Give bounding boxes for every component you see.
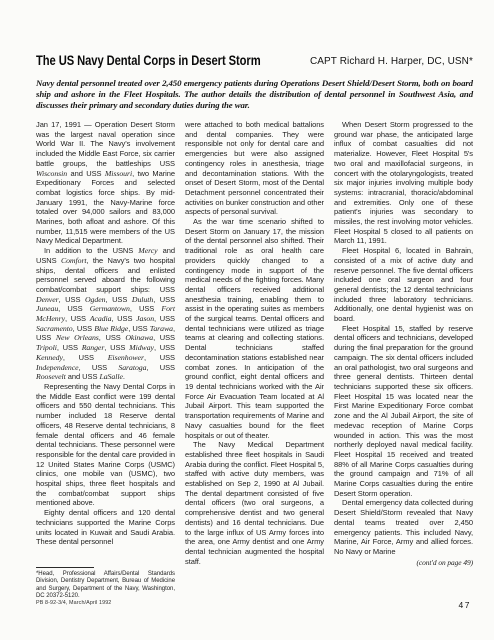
text-run: , USS [59, 295, 85, 304]
text-run: , USS [105, 295, 131, 304]
journal-article-page: The US Navy Dental Corps in Desert Storm… [0, 0, 494, 640]
column-2-paragraphs: were attached to both medical battalions… [185, 120, 324, 566]
text-run: , USS [144, 353, 175, 362]
italic-text-run: Missouri [105, 169, 132, 178]
paragraph: were attached to both medical battalions… [185, 120, 324, 217]
paragraph: In addition to the USNS Mercy and USNS C… [36, 246, 175, 382]
italic-text-run: Blue Ridge [94, 324, 128, 333]
paragraph: Jan 17, 1991 — Operation Desert Storm wa… [36, 120, 175, 246]
text-column-2: were attached to both medical battalions… [185, 120, 324, 601]
italic-text-run: Independence [36, 363, 79, 372]
paragraph: The Navy Medical Department established … [185, 440, 324, 566]
text-run: Fleet Hospital 15, staffed by reserve de… [334, 324, 473, 498]
italic-text-run: Acadia [90, 314, 112, 323]
column-3-paragraphs: When Desert Storm progressed to the grou… [334, 120, 473, 557]
italic-text-run: Duluth [132, 295, 153, 304]
text-run: , two Marine Expeditionary Forces and se… [36, 169, 175, 246]
text-run: were attached to both medical battalions… [185, 120, 324, 216]
text-run: , USS [99, 333, 126, 342]
italic-text-run: Juneau [36, 304, 58, 313]
paragraph: As the war time scenario shifted to Dese… [185, 217, 324, 440]
text-run: Eighty dental officers and 120 dental te… [36, 508, 175, 546]
italic-text-run: Roosevelt [36, 372, 66, 381]
italic-text-run: Midway [129, 343, 154, 352]
text-run: In addition to the USNS [44, 246, 138, 255]
paragraph: Dental emergency data collected during D… [334, 498, 473, 556]
footnote-block: *Head, Professional Affairs/Dental Stand… [36, 567, 175, 601]
text-run: , USS [153, 295, 175, 304]
text-run: and USS [67, 169, 105, 178]
text-run: , USS [79, 363, 119, 372]
text-run: , USS [154, 343, 175, 352]
italic-text-run: Ogden [85, 295, 106, 304]
text-run: . [123, 372, 125, 381]
italic-text-run: Kennedy [36, 353, 63, 362]
text-run: , USS [154, 314, 175, 323]
paragraph: Fleet Hospital 6, located in Bahrain, co… [334, 246, 473, 324]
text-run: , USS [73, 324, 95, 333]
italic-text-run: Jason [136, 314, 154, 323]
journal-issue-id: PB 8-92-3/4, March/April 1992 [36, 600, 111, 606]
italic-text-run: Wisconsin [36, 169, 67, 178]
article-author: CAPT Richard H. Harper, DC, USN* [310, 56, 473, 67]
author-footnote: *Head, Professional Affairs/Dental Stand… [36, 571, 175, 601]
paragraph: When Desert Storm progressed to the grou… [334, 120, 473, 246]
paragraph: Eighty dental officers and 120 dental te… [36, 508, 175, 547]
text-run: , USS [153, 333, 175, 342]
paragraph: Representing the Navy Dental Corps in th… [36, 382, 175, 508]
text-run: , USS [65, 314, 90, 323]
italic-text-run: Sacramento [36, 324, 73, 333]
italic-text-run: Tripoli [36, 343, 57, 352]
italic-text-run: Okinawa [125, 333, 153, 342]
italic-text-run: Ranger [82, 343, 105, 352]
text-run: , USS [58, 304, 90, 313]
italic-text-run: Tarawa [150, 324, 173, 333]
article-title: The US Navy Dental Corps in Desert Storm [36, 52, 261, 68]
text-run: , USS [130, 304, 162, 313]
italic-text-run: Eisenhower [108, 353, 144, 362]
italic-text-run: Denver [36, 295, 59, 304]
italic-text-run: Mercy [138, 246, 157, 255]
footnote-divider [36, 567, 94, 568]
text-run: and USS [66, 372, 100, 381]
article-abstract: Navy dental personnel treated over 2,450… [36, 78, 473, 111]
column-1-paragraphs: Jan 17, 1991 — Operation Desert Storm wa… [36, 120, 175, 547]
italic-text-run: LaSalle [99, 372, 122, 381]
italic-text-run: Germantown [90, 304, 130, 313]
paragraph: Fleet Hospital 15, staffed by reserve de… [334, 324, 473, 499]
text-run: , USS [104, 343, 129, 352]
article-header: The US Navy Dental Corps in Desert Storm… [36, 46, 473, 68]
italic-text-run: Comfort [61, 256, 87, 265]
text-run: , USS [63, 353, 108, 362]
page-number: 47 [459, 600, 471, 610]
italic-text-run: Saratoga [118, 363, 146, 372]
text-run: , USS [111, 314, 136, 323]
text-run: Representing the Navy Dental Corps in th… [36, 382, 175, 507]
italic-text-run: New Orleans [56, 333, 99, 342]
text-run: Dental emergency data collected during D… [334, 498, 473, 556]
text-run: When Desert Storm progressed to the grou… [334, 120, 473, 245]
text-run: Fleet Hospital 6, located in Bahrain, co… [334, 246, 473, 323]
text-run: Jan 17, 1991 — Operation Desert Storm wa… [36, 120, 175, 168]
text-column-1: Jan 17, 1991 — Operation Desert Storm wa… [36, 120, 175, 601]
article-body: Jan 17, 1991 — Operation Desert Storm wa… [36, 120, 473, 601]
text-run: , USS [146, 363, 175, 372]
text-run: , USS [128, 324, 150, 333]
text-column-3: When Desert Storm progressed to the grou… [334, 120, 473, 601]
text-run: The Navy Medical Department established … [185, 440, 324, 565]
page-footer: PB 8-92-3/4, March/April 1992 47 [36, 600, 471, 610]
text-run: , USS [57, 343, 82, 352]
continuation-note: (cont'd on page 49) [334, 558, 473, 568]
text-run: As the war time scenario shifted to Dese… [185, 217, 324, 439]
